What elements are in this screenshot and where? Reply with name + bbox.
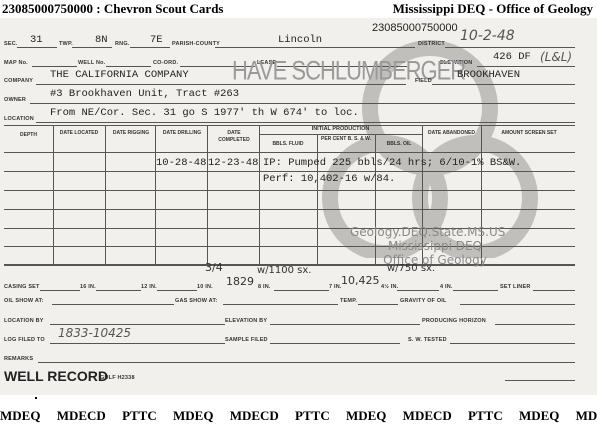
casing-10in-value: 1829 xyxy=(226,275,254,288)
col-depth: DEPTH xyxy=(4,132,53,139)
company-label: COMPANY xyxy=(4,78,33,84)
producing-horizon-label: PRODUCING HORIZON xyxy=(422,318,486,324)
map-no-label: MAP No. xyxy=(4,60,28,66)
well-record-title: WELL RECORD xyxy=(4,368,108,384)
footer-item: MDECD xyxy=(403,408,452,423)
footer-banner: MDEQ MDECD PTTC MDEQ MDECD PTTC MDEQ MDE… xyxy=(0,408,597,424)
casing-7in-value: 10,425 xyxy=(341,274,380,287)
form-code: GULF H2338 xyxy=(100,375,135,381)
footer-item: PTTC xyxy=(122,408,157,423)
elevation-note: (L&L) xyxy=(540,50,572,64)
district-label: DISTRICT xyxy=(418,41,445,47)
owner-value: #3 Brookhaven Unit, Tract #263 xyxy=(50,88,239,100)
twp-label: TWP. xyxy=(59,41,73,47)
footer-item: MDECD xyxy=(230,408,279,423)
casing-10in: 10 IN. xyxy=(197,284,213,290)
col-date-completed: DATE COMPLETED xyxy=(211,130,257,144)
log-filed-value: 1833-10425 xyxy=(58,326,131,340)
page-title-right: Mississippi DEQ - Office of Geology xyxy=(393,0,593,18)
rng-label: RNG. xyxy=(115,41,130,47)
elevation-by-label: ELEVATION BY xyxy=(225,318,267,324)
footer-item: PTTC xyxy=(295,408,330,423)
col-amount-screen-set: AMOUNT SCREEN SET xyxy=(484,130,574,137)
district-value: 10-2-48 xyxy=(460,28,515,44)
gas-show-label: GAS SHOW AT: xyxy=(175,298,217,304)
date-completed-value: 12-23-48 xyxy=(208,157,258,169)
col-bbls-oil: BBLS. OIL xyxy=(377,141,421,148)
casing-set-label: CASING SET xyxy=(4,284,40,290)
footer-item: MDEQ xyxy=(519,408,559,423)
casing-12in: 12 IN. xyxy=(141,284,157,290)
co-ord-label: CO-ORD. xyxy=(153,60,178,66)
col-bs-and-w: PER CENT B. S. & W. xyxy=(319,136,373,143)
gravity-label: GRAVITY OF OIL xyxy=(400,298,447,304)
col-date-located: DATE LOCATED xyxy=(57,130,101,137)
field-value: BROOKHAVEN xyxy=(457,69,520,81)
temp-label: TEMP. xyxy=(340,298,357,304)
col-date-rigging: DATE RIGGING xyxy=(109,130,153,137)
footer-item: MDEQ xyxy=(346,408,386,423)
sample-filed-label: SAMPLE FILED xyxy=(225,337,268,343)
date-drilling-value: 10-28-48 xyxy=(156,157,206,169)
footer-item: MDEQ xyxy=(0,408,40,423)
location-value: From NE/Cor. Sec. 31 go S 1977' th W 674… xyxy=(50,107,359,119)
elevation-value: 426 DF xyxy=(493,51,531,63)
field-label: FIELD xyxy=(415,78,432,84)
col-date-drilling: DATE DRILLING xyxy=(160,130,204,137)
sw-tested-label: S. W. TESTED xyxy=(408,337,447,343)
col-date-abandoned: DATE ABANDONED xyxy=(424,130,479,137)
casing-10in-cement: w/1100 sx. xyxy=(257,265,311,276)
ip-note: IP: Pumped 225 bbls/24 hrs; 6/10-1% BS&W… xyxy=(263,157,521,169)
casing-7in-cement: w/750 sx. xyxy=(387,263,435,274)
api-number: 23085000750000 xyxy=(372,22,458,34)
parish-county-label: PARISH-COUNTY xyxy=(172,41,220,47)
well-no-label: WELL No. xyxy=(78,60,105,66)
footer-item: PTTC xyxy=(468,408,503,423)
sec-value: 31 xyxy=(30,34,43,46)
rng-value: 7E xyxy=(150,34,163,46)
company-value: THE CALIFORNIA COMPANY xyxy=(50,69,189,81)
footer-item: MDECD xyxy=(57,408,106,423)
oil-show-label: OIL SHOW AT: xyxy=(4,298,44,304)
twp-value: 8N xyxy=(95,34,108,46)
sec-label: SEC. xyxy=(4,41,18,47)
casing-8in: 8 IN. xyxy=(258,284,271,290)
casing-7in: 7 IN. xyxy=(329,284,342,290)
initial-production-header: INITIAL PRODUCTION xyxy=(259,126,422,133)
remarks-label: REMARKS xyxy=(4,356,33,362)
casing-10in-fraction: 3/4 xyxy=(205,261,223,274)
casing-16in: 16 IN. xyxy=(80,284,96,290)
casing-4-5in: 4½ IN. xyxy=(381,284,398,290)
casing-4in: 4 IN. xyxy=(440,284,453,290)
footer-item: MDEQ xyxy=(173,408,213,423)
parish-county-value: Lincoln xyxy=(278,34,322,46)
owner-label: OWNER xyxy=(4,97,26,103)
watermark-url: Geology.DEQ.State.MS.US xyxy=(350,225,530,239)
footer-item: MDECD xyxy=(576,408,597,423)
location-label: LOCATION xyxy=(4,116,34,122)
scout-card-image: SEC. 31 TWP. 8N RNG. 7E PARISH-COUNTY Li… xyxy=(0,18,597,395)
col-bbls-fluid: BBLS. FLUID xyxy=(261,141,315,148)
dot-mark xyxy=(35,397,37,399)
perf-note: Perf: 10,402-16 w/84. xyxy=(263,173,395,185)
set-liner-label: SET LINER xyxy=(500,284,531,290)
location-by-label: LOCATION BY xyxy=(4,318,44,324)
page-title-left: 23085000750000 : Chevron Scout Cards xyxy=(2,0,224,18)
log-filed-label: LOG FILED TO xyxy=(4,337,45,343)
watermark-line2: Mississippi DEQ xyxy=(360,239,510,253)
